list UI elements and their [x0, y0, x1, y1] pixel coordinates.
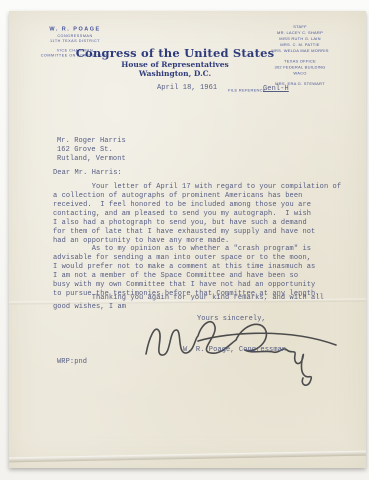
fold-crease-lower [9, 451, 366, 463]
staff-names: MR. LACEY C. SHARP MISS RUTH G. LAIN MRS… [240, 30, 360, 54]
salutation: Dear Mr. Harris: [53, 169, 122, 178]
date-line: April 18, 1961 [157, 84, 217, 93]
reference-initials: WRP:pnd [57, 358, 87, 367]
texas-office-staff: MRS. ERA G. STEWART [240, 81, 360, 87]
sender-district: 11TH TEXAS DISTRICT [25, 39, 125, 44]
letter-paper: W. R. POAGE CONGRESSMAN 11TH TEXAS DISTR… [9, 11, 366, 468]
scanned-letter: W. R. POAGE CONGRESSMAN 11TH TEXAS DISTR… [0, 0, 369, 480]
recipient-address: Mr. Roger Harris 162 Grove St. Rutland, … [57, 137, 126, 164]
body-paragraph-1: Your letter of April 17 with regard to y… [53, 183, 341, 246]
sender-name: W. R. POAGE [25, 26, 125, 32]
file-reference-value: Genl-H [263, 85, 289, 94]
texas-office-address: 302 FEDERAL BUILDING WACO [240, 65, 360, 77]
typed-signature-name: W. R. Poage, Congressman [183, 346, 286, 355]
body-paragraph-2: As to my opinion as to whether a "crash … [53, 245, 320, 299]
